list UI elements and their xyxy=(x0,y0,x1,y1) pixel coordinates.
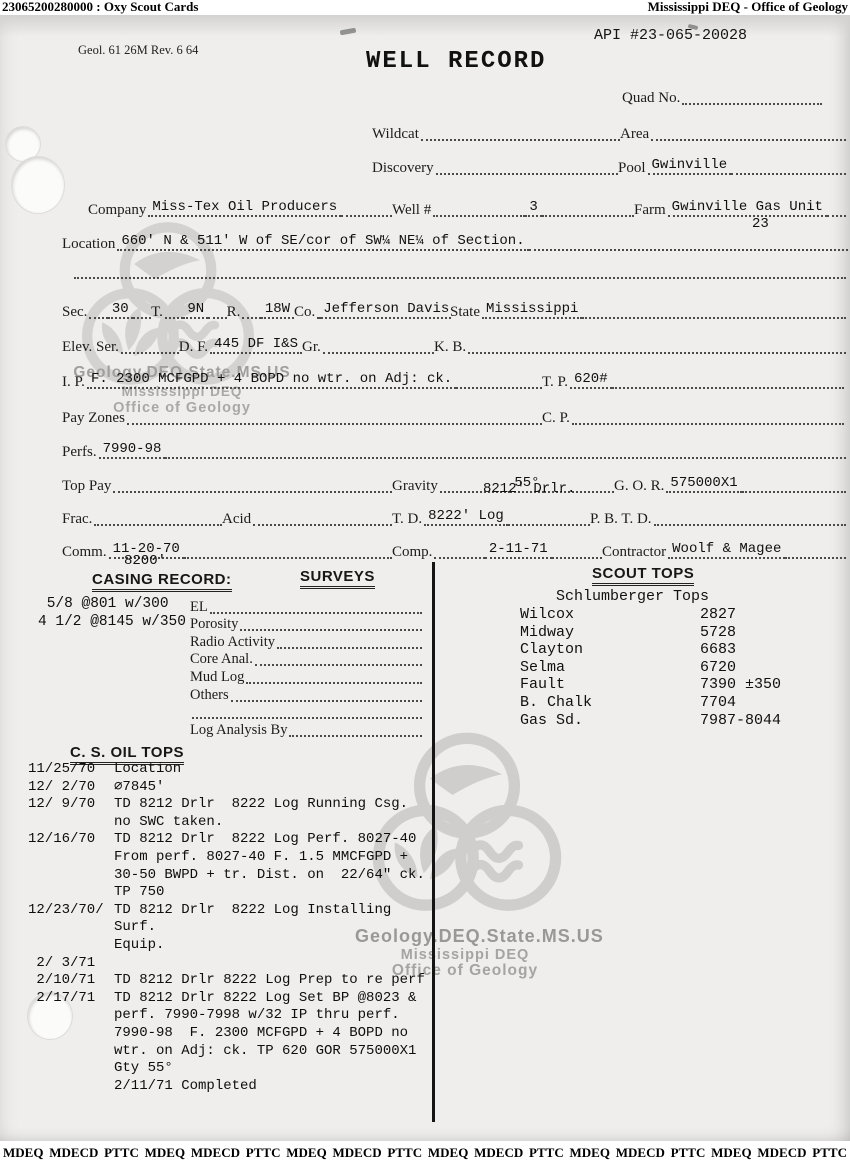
formation-depth: 7704 xyxy=(700,694,736,712)
field-commenced-date: Comm.11-20-70 xyxy=(62,540,392,562)
entry-text: TD 8212 Drlr 8222 Log Prep to re perf xyxy=(114,972,434,990)
dotted-leader xyxy=(731,173,846,175)
dotted-leader xyxy=(341,215,392,217)
footer-org-label: MDEQ xyxy=(145,1145,185,1162)
dotted-leader xyxy=(552,557,602,559)
formation-name: B. Chalk xyxy=(520,694,700,712)
tp-value: 620# xyxy=(570,371,612,389)
entry-text: TD 8212 Drlr 8222 Log Set BP @8023 & per… xyxy=(114,990,434,1096)
formation-name: Selma xyxy=(520,659,700,677)
comp-label: Comp. xyxy=(392,544,432,561)
frac-label: Frac. xyxy=(62,511,92,528)
survey-row xyxy=(190,705,422,723)
field-casing-pressure: C. P. xyxy=(542,406,844,428)
elevation-label: Elev. Ser. xyxy=(62,339,119,356)
formation-depth: 7390 ±350 xyxy=(700,676,781,694)
survey-label: Porosity xyxy=(190,616,238,633)
scout-top-row: Midway5728 xyxy=(520,624,820,642)
field-company: CompanyMiss-Tex Oil Producers xyxy=(88,198,392,220)
formation-name: Wilcox xyxy=(520,606,700,624)
field-county: Co.Jefferson Davis xyxy=(294,300,450,322)
scout-top-row: Selma6720 xyxy=(520,659,820,677)
dotted-leader xyxy=(184,557,392,559)
footer-org-label: PTTC xyxy=(246,1145,281,1162)
api-number: API #23-065-20028 xyxy=(594,27,747,44)
county-value: Jefferson Davis xyxy=(321,301,451,319)
casing-line: 4 1/2 @8145 w/350 xyxy=(38,613,186,631)
dotted-leader xyxy=(208,317,226,319)
scout-top-row: Clayton6683 xyxy=(520,641,820,659)
well-number-label: Well # xyxy=(392,202,431,219)
survey-label: Mud Log xyxy=(190,669,244,686)
entry-text: TD 8212 Drlr 8222 Log Perf. 8027-40 From… xyxy=(114,831,434,901)
entry-date: 12/ 9/70 xyxy=(28,796,114,814)
area-label: Area xyxy=(620,126,649,143)
td-driller-note: 8212' Drlr. xyxy=(483,481,575,497)
field-state: StateMississippi xyxy=(450,300,846,322)
oil-tops-entry: 12/16/70TD 8212 Drlr 8222 Log Perf. 8027… xyxy=(28,831,434,901)
location-label: Location xyxy=(62,236,115,253)
field-farm: FarmGwinville Gas Unit xyxy=(634,198,846,220)
scout-top-row: B. Chalk7704 xyxy=(520,694,820,712)
perfs-label: Perfs. xyxy=(62,444,97,461)
entry-date: 12/ 2/70 xyxy=(28,779,114,797)
dotted-leader xyxy=(508,524,590,526)
scout-top-row: Wilcox2827 xyxy=(520,606,820,624)
dotted-leader xyxy=(572,423,844,425)
township-label: T. xyxy=(151,304,163,321)
field-acid: Acid xyxy=(222,507,392,529)
township-value: 9N xyxy=(183,301,208,319)
formation-name: Midway xyxy=(520,624,700,642)
field-gor: G. O. R.575000X1 xyxy=(614,474,846,496)
top-bar-left-title: 23065200280000 : Oxy Scout Cards xyxy=(2,0,198,14)
comm-value-line2: 8200' xyxy=(124,553,166,569)
dotted-leader xyxy=(165,317,183,319)
dotted-leader xyxy=(421,139,620,141)
dotted-leader xyxy=(127,423,542,425)
survey-row: Others xyxy=(190,687,422,705)
company-label: Company xyxy=(88,202,146,219)
footer-org-label: MDECD xyxy=(333,1145,382,1162)
perfs-value: 7990-98 xyxy=(99,441,166,459)
tp-label: T. P. xyxy=(542,374,568,391)
dotted-leader xyxy=(433,215,525,217)
county-label: Co. xyxy=(294,304,315,321)
field-contractor: ContractorWoolf & Magee xyxy=(602,540,846,562)
dotted-leader xyxy=(192,717,422,719)
location-value: 660' N & 511' W of SE/cor of SW¼ NE¼ of … xyxy=(117,233,528,251)
oil-tops-entry: 2/17/71TD 8212 Drlr 8222 Log Set BP @802… xyxy=(28,990,434,1096)
survey-label: EL xyxy=(190,599,208,616)
punch-hole xyxy=(12,157,64,213)
field-tubing-pressure: T. P.620# xyxy=(542,370,844,392)
scout-tops-subtitle: Schlumberger Tops xyxy=(556,588,709,605)
dotted-leader xyxy=(654,524,846,526)
entry-date: 2/10/71 xyxy=(28,972,114,990)
entry-date: 2/ 3/71 xyxy=(28,955,114,973)
field-location: Location660' N & 511' W of SE/cor of SW¼… xyxy=(62,232,848,254)
field-completed-date: Comp.2-11-71 xyxy=(392,540,602,562)
dotted-leader xyxy=(89,317,107,319)
df-label: D. F. xyxy=(179,339,208,356)
location-continuation-line xyxy=(74,260,846,282)
dotted-leader xyxy=(827,215,846,217)
formation-name: Fault xyxy=(520,676,700,694)
formation-name: Clayton xyxy=(520,641,700,659)
pool-value: Gwinville xyxy=(648,157,732,175)
comp-value: 2-11-71 xyxy=(485,541,552,559)
comm-label: Comm. xyxy=(62,544,107,561)
formation-depth: 7987-8044 xyxy=(700,712,781,730)
casing-record-lines: 5/8 @801 w/3004 1/2 @8145 w/350 xyxy=(38,595,186,631)
screenshot-root: 23065200280000 : Oxy Scout Cards Mississ… xyxy=(0,0,850,1162)
footer-org-label: MDEQ xyxy=(428,1145,468,1162)
oil-tops-entry: 2/10/71TD 8212 Drlr 8222 Log Prep to re … xyxy=(28,972,434,990)
entry-date: 12/23/70/ xyxy=(28,902,114,920)
dotted-leader xyxy=(682,103,822,105)
quad-no-label: Quad No. xyxy=(622,90,680,107)
dotted-leader xyxy=(210,612,422,614)
dotted-leader xyxy=(651,139,846,141)
section-label: Sec. xyxy=(62,304,87,321)
form-revision-note: Geol. 61 26M Rev. 6 64 xyxy=(78,43,198,58)
dotted-leader xyxy=(277,647,422,649)
footer-org-label: PTTC xyxy=(671,1145,706,1162)
discovery-label: Discovery xyxy=(372,160,434,177)
formation-depth: 6683 xyxy=(700,641,736,659)
dotted-leader xyxy=(456,387,542,389)
dotted-leader xyxy=(434,557,484,559)
state-label: State xyxy=(450,304,480,321)
entry-text: Location xyxy=(114,761,434,779)
field-pool: PoolGwinville xyxy=(618,156,846,178)
dotted-leader xyxy=(529,249,848,251)
field-perforations: Perfs.7990-98 xyxy=(62,440,846,462)
dotted-leader xyxy=(253,524,392,526)
survey-label: Core Anal. xyxy=(190,651,253,668)
dotted-leader xyxy=(121,352,179,354)
gravity-label: Gravity xyxy=(392,478,438,495)
survey-row: Log Analysis By xyxy=(190,722,422,740)
footer-org-label: MDECD xyxy=(474,1145,523,1162)
field-elevation-df: Elev. Ser.D. F.445 DF I&S xyxy=(62,335,302,357)
farm-value: Gwinville Gas Unit xyxy=(668,199,827,217)
footer-org-label: MDECD xyxy=(49,1145,98,1162)
field-quad-no: Quad No. xyxy=(622,86,822,108)
field-well-number: Well #3 xyxy=(392,198,634,220)
formation-depth: 5728 xyxy=(700,624,736,642)
dotted-leader xyxy=(323,352,434,354)
survey-row: EL xyxy=(190,599,422,617)
dotted-leader xyxy=(231,700,422,702)
survey-row: Radio Activity xyxy=(190,634,422,652)
formation-depth: 6720 xyxy=(700,659,736,677)
scout-top-row: Fault7390 ±350 xyxy=(520,676,820,694)
dotted-leader xyxy=(242,317,260,319)
footer-org-label: MDECD xyxy=(191,1145,240,1162)
footer-org-label: PTTC xyxy=(812,1145,847,1162)
field-wildcat: Wildcat xyxy=(372,122,620,144)
dotted-leader xyxy=(113,491,392,493)
dotted-leader xyxy=(255,664,422,666)
kb-label: K. B. xyxy=(434,339,466,356)
punch-hole xyxy=(6,127,40,161)
footer-org-label: MDEQ xyxy=(711,1145,751,1162)
df-value: 445 DF I&S xyxy=(210,336,302,354)
dotted-leader xyxy=(612,387,844,389)
casing-line: 5/8 @801 w/300 xyxy=(38,595,186,613)
state-value: Mississippi xyxy=(482,301,582,319)
entry-text: TD 8212 Drlr 8222 Log Installing Surf. E… xyxy=(114,902,434,955)
scout-top-row: Gas Sd.7987-8044 xyxy=(520,712,820,730)
farm-value-line2: 23 xyxy=(752,216,769,232)
contractor-label: Contractor xyxy=(602,544,666,561)
cs-oil-tops-log: 11/25/70Location 12/ 2/70∅7845' 12/ 9/70… xyxy=(28,761,434,1095)
top-bar-right-title: Mississippi DEQ - Office of Geology xyxy=(648,0,848,14)
ip-value: F. 2300 MCFGPD + 4 BOPD no wtr. on Adj: … xyxy=(87,371,456,389)
company-value: Miss-Tex Oil Producers xyxy=(148,199,341,217)
dotted-leader xyxy=(742,491,846,493)
gr-label: Gr. xyxy=(302,339,321,356)
field-section-township-range: Sec.30T.9NR.18W xyxy=(62,300,294,322)
footer-org-label: MDECD xyxy=(757,1145,806,1162)
oil-tops-entry: 12/23/70/TD 8212 Drlr 8222 Log Installin… xyxy=(28,902,434,955)
entry-date: 11/25/70 xyxy=(28,761,114,779)
well-number-value: 3 xyxy=(525,199,541,217)
survey-label: Radio Activity xyxy=(190,634,275,651)
footer-org-label: MDEQ xyxy=(3,1145,43,1162)
survey-label: Log Analysis By xyxy=(190,722,287,739)
dotted-leader xyxy=(468,352,846,354)
surveys-list: EL Porosity Radio Activity Core Anal. Mu… xyxy=(190,599,422,740)
footer-org-label: MDECD xyxy=(616,1145,665,1162)
section-value: 30 xyxy=(108,301,133,319)
field-top-pay: Top Pay xyxy=(62,474,392,496)
dotted-leader xyxy=(240,629,422,631)
footer-org-label: MDEQ xyxy=(570,1145,610,1162)
dotted-leader xyxy=(94,524,222,526)
entry-text: TD 8212 Drlr 8222 Log Running Csg. no SW… xyxy=(114,796,434,831)
range-label: R. xyxy=(227,304,241,321)
field-pay-zones: Pay Zones xyxy=(62,406,542,428)
footer-org-label: MDEQ xyxy=(286,1145,326,1162)
dotted-leader xyxy=(436,173,618,175)
field-pbtd: P. B. T. D. xyxy=(590,507,846,529)
gor-value: 575000X1 xyxy=(666,475,741,493)
survey-row: Core Anal. xyxy=(190,652,422,670)
td-value: 8222' Log xyxy=(424,508,508,526)
cp-label: C. P. xyxy=(542,410,570,427)
dotted-leader xyxy=(582,317,846,319)
oil-tops-entry: 2/ 3/71 xyxy=(28,955,434,973)
dotted-leader xyxy=(289,735,422,737)
formation-name: Gas Sd. xyxy=(520,712,700,730)
oil-tops-entry: 11/25/70Location xyxy=(28,761,434,779)
surveys-header: SURVEYS xyxy=(300,568,375,589)
footer-org-label: PTTC xyxy=(387,1145,422,1162)
scout-tops-table: Wilcox2827 Midway5728 Clayton6683 Selma6… xyxy=(520,606,820,729)
gor-label: G. O. R. xyxy=(614,478,664,495)
dotted-leader xyxy=(246,682,422,684)
field-kb: K. B. xyxy=(434,335,846,357)
field-initial-production: I. P.F. 2300 MCFGPD + 4 BOPD no wtr. on … xyxy=(62,370,542,392)
entry-date: 2/17/71 xyxy=(28,990,114,1008)
entry-text: ∅7845' xyxy=(114,779,434,797)
field-total-depth: T. D.8222' Log xyxy=(392,507,590,529)
footer-org-label: PTTC xyxy=(104,1145,139,1162)
td-label: T. D. xyxy=(392,511,422,528)
footer-org-label: PTTC xyxy=(529,1145,564,1162)
top-pay-label: Top Pay xyxy=(62,478,111,495)
survey-row: Mud Log xyxy=(190,669,422,687)
dotted-leader xyxy=(133,317,151,319)
pool-label: Pool xyxy=(618,160,646,177)
pay-zones-label: Pay Zones xyxy=(62,410,125,427)
range-value: 18W xyxy=(261,301,294,319)
acid-label: Acid xyxy=(222,511,251,528)
field-frac: Frac. xyxy=(62,507,222,529)
page-title: WELL RECORD xyxy=(366,48,546,75)
oil-tops-entry: 12/ 9/70TD 8212 Drlr 8222 Log Running Cs… xyxy=(28,796,434,831)
dotted-leader xyxy=(74,277,846,279)
scout-tops-header: SCOUT TOPS xyxy=(592,565,694,586)
formation-depth: 2827 xyxy=(700,606,736,624)
casing-record-header: CASING RECORD: xyxy=(92,571,232,592)
dotted-leader xyxy=(785,557,846,559)
dotted-leader xyxy=(165,457,846,459)
bottom-footer-bar: MDEQMDECDPTTCMDEQMDECDPTTCMDEQMDECDPTTCM… xyxy=(0,1145,850,1162)
pbtd-label: P. B. T. D. xyxy=(590,511,652,528)
field-gr: Gr. xyxy=(302,335,434,357)
top-header-bar: 23065200280000 : Oxy Scout Cards Mississ… xyxy=(0,0,850,15)
oil-tops-entry: 12/ 2/70∅7845' xyxy=(28,779,434,797)
field-discovery: Discovery xyxy=(372,156,618,178)
wildcat-label: Wildcat xyxy=(372,126,419,143)
survey-label: Others xyxy=(190,687,229,704)
contractor-value: Woolf & Magee xyxy=(668,541,785,559)
survey-row: Porosity xyxy=(190,617,422,635)
field-area: Area xyxy=(620,122,846,144)
dotted-leader xyxy=(542,215,634,217)
scanned-well-record-document: Geology.DEQ.State.MS.US Mississippi DEQ … xyxy=(0,15,850,1141)
ip-label: I. P. xyxy=(62,374,85,391)
entry-date: 12/16/70 xyxy=(28,831,114,849)
farm-label: Farm xyxy=(634,202,666,219)
